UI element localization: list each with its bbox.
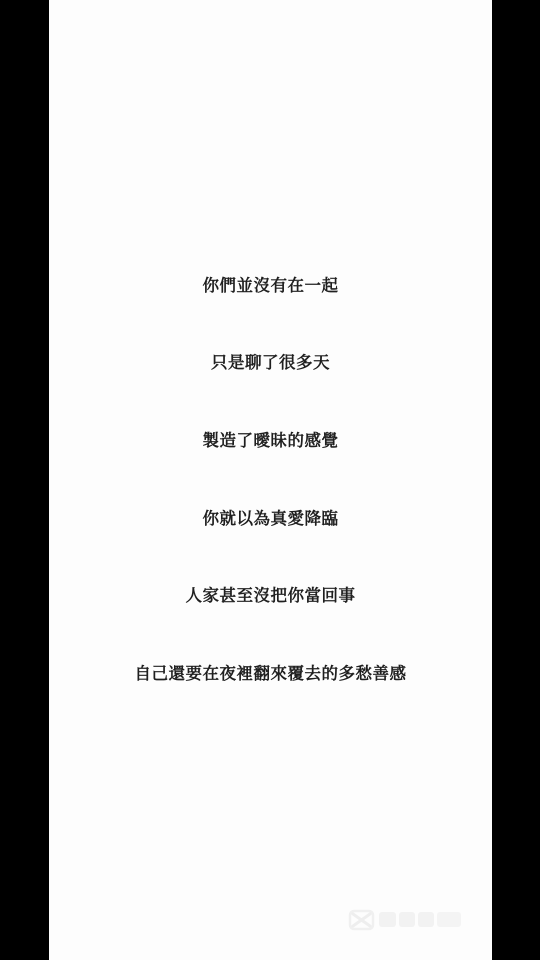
watermark-glyph-blob xyxy=(437,912,461,927)
right-letterbox-bar xyxy=(492,0,540,960)
left-letterbox-bar xyxy=(0,0,49,960)
watermark xyxy=(348,903,474,935)
quote-card: 你們並沒有在一起 只是聊了很多天 製造了曖昧的感覺 你就以為真愛降臨 人家甚至沒… xyxy=(49,0,492,960)
watermark-logo-icon xyxy=(348,906,375,933)
quote-line-5: 人家甚至沒把你當回事 xyxy=(49,584,492,608)
quote-line-6: 自己還要在夜裡翻來覆去的多愁善感 xyxy=(49,662,492,686)
quote-line-1: 你們並沒有在一起 xyxy=(49,274,492,298)
quote-line-3: 製造了曖昧的感覺 xyxy=(49,429,492,453)
watermark-glyph-blob xyxy=(418,912,434,927)
quote-line-2: 只是聊了很多天 xyxy=(49,351,492,375)
screenshot-root: 你們並沒有在一起 只是聊了很多天 製造了曖昧的感覺 你就以為真愛降臨 人家甚至沒… xyxy=(0,0,540,960)
quote-line-4: 你就以為真愛降臨 xyxy=(49,507,492,531)
watermark-glyph-blob xyxy=(379,912,396,927)
watermark-glyph-blob xyxy=(399,912,415,927)
watermark-text-blur xyxy=(379,906,461,933)
